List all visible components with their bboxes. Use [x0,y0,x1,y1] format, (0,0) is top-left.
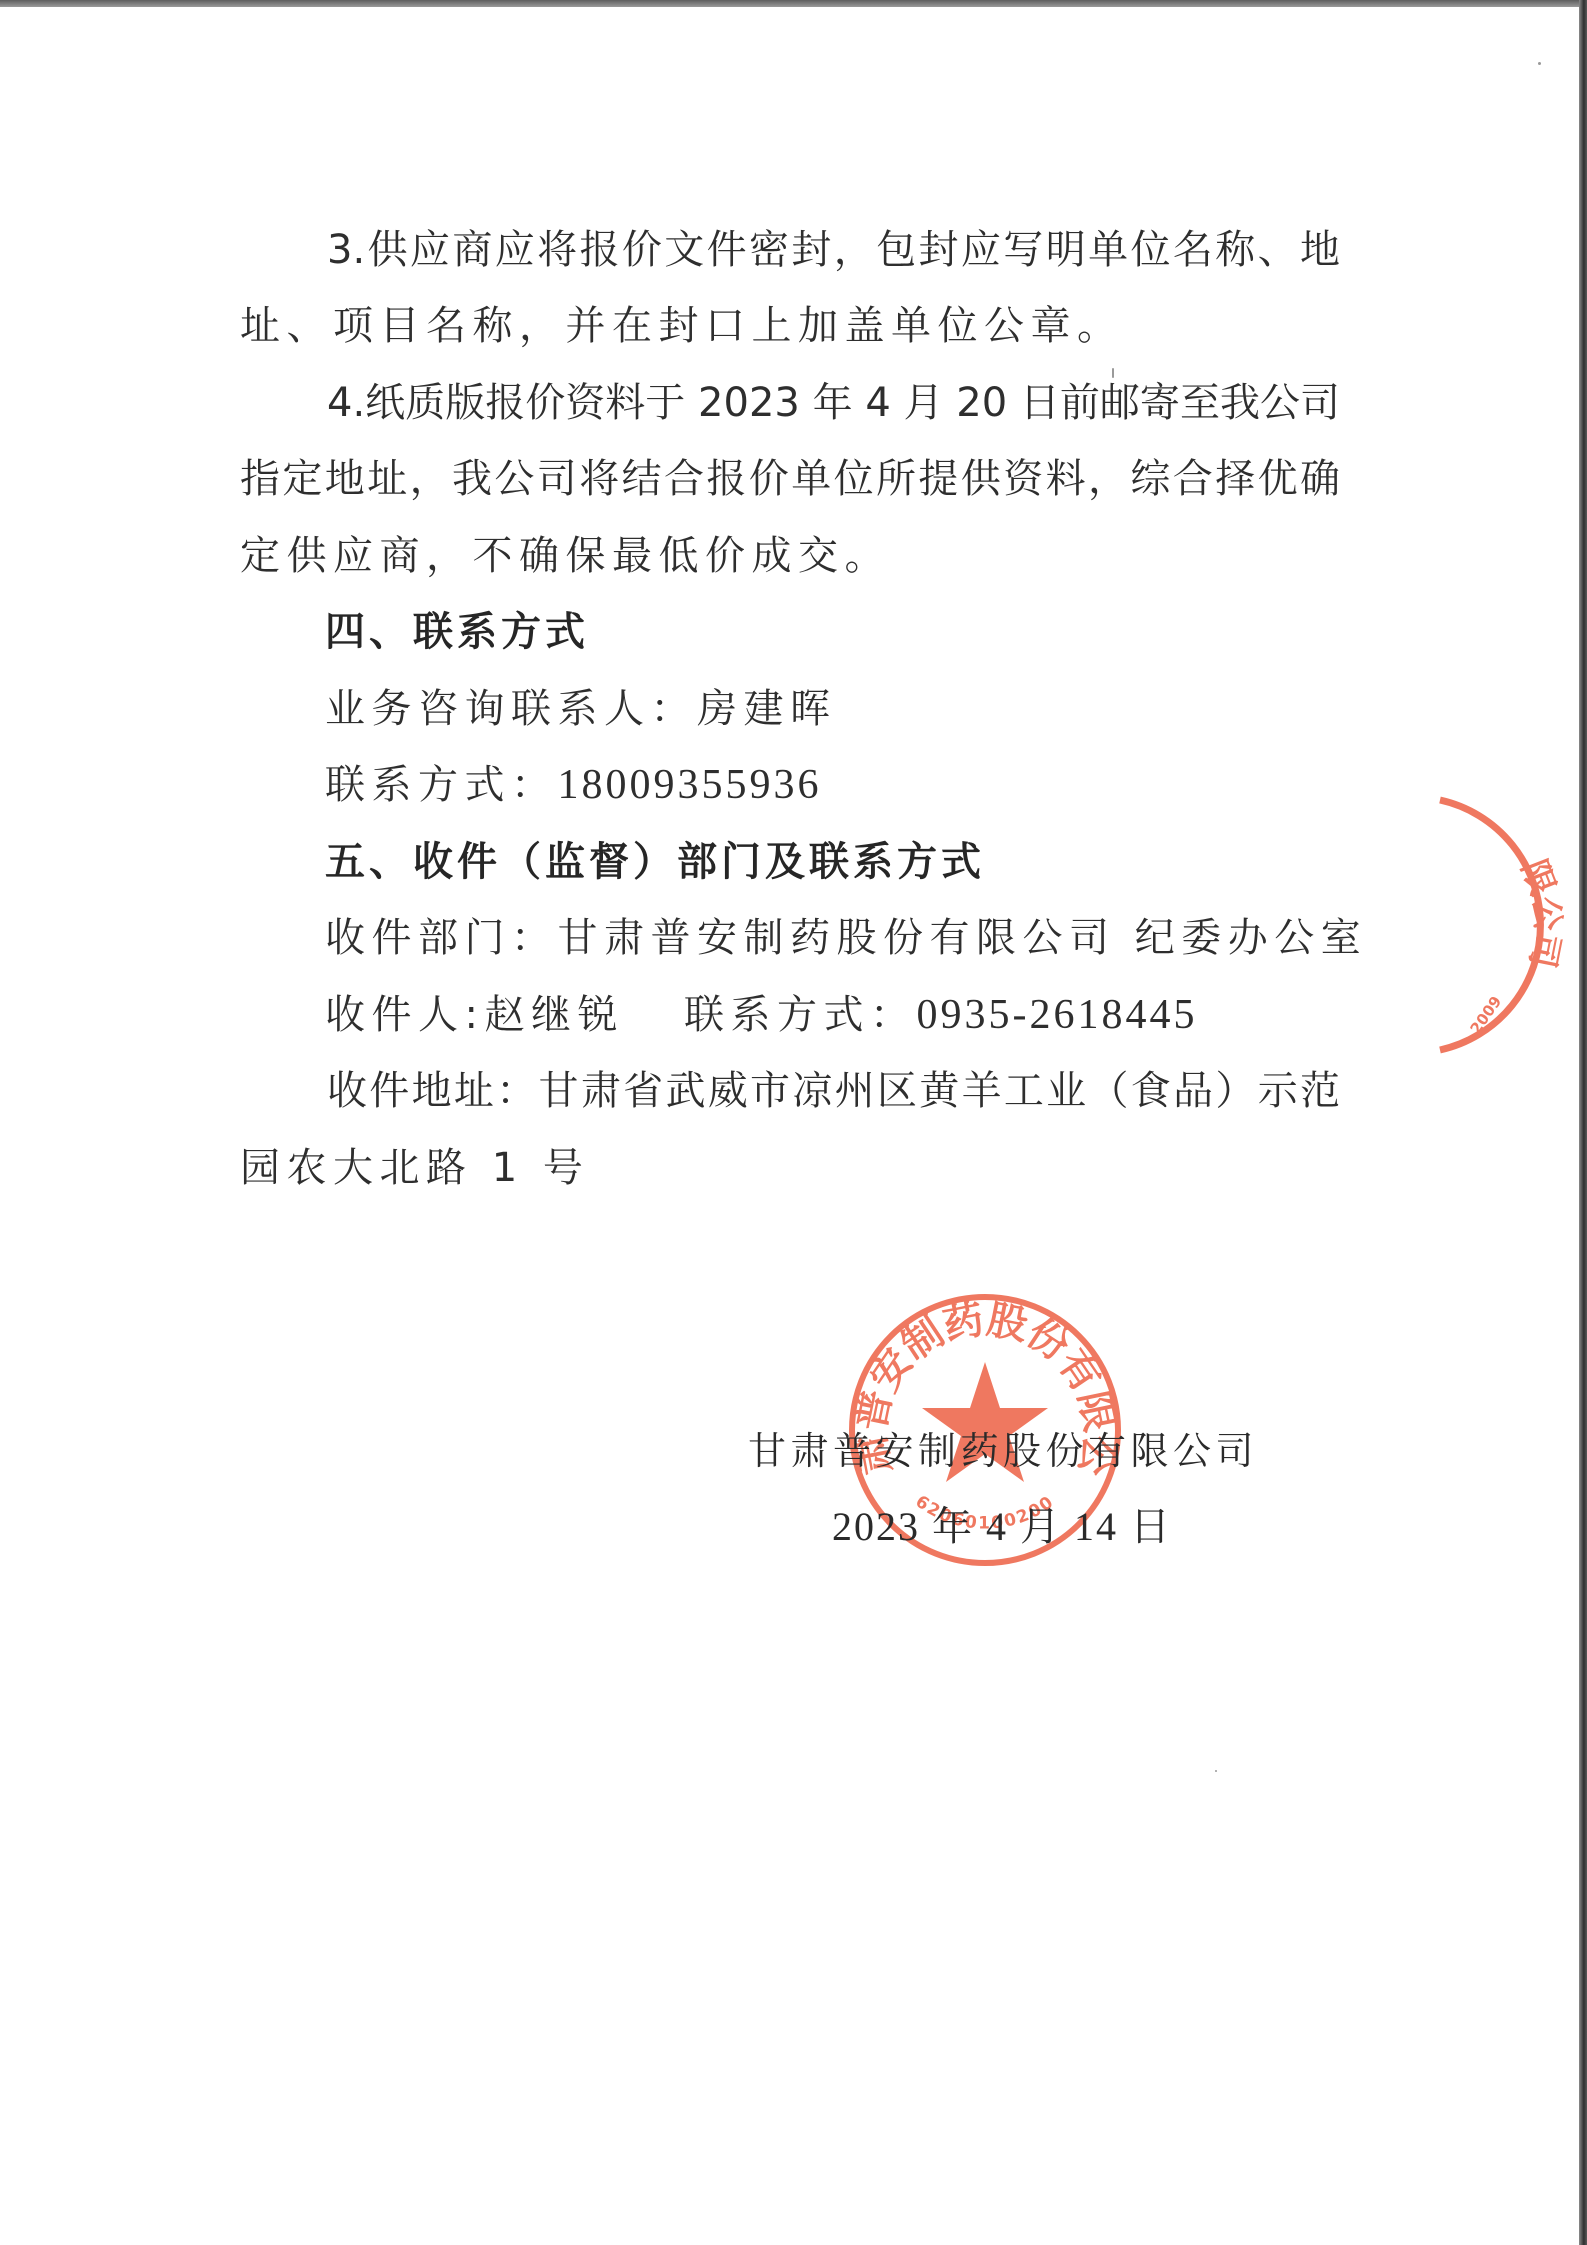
scan-border-right [1579,0,1587,2245]
consultant-phone-line: 联系方式：18009355936 [325,761,1435,809]
department-label: 收件部门： [325,915,558,961]
scan-speck [1538,62,1541,65]
signature-date: 2023 年 4 月 14 日 [832,1504,1172,1550]
address-text-1: 甘肃省武威市凉州区黄羊工业（食品）示范 [539,1068,1340,1114]
department-line: 收件部门：甘肃普安制药股份有限公司 纪委办公室 [325,914,1435,962]
scan-speck [1112,368,1114,378]
department-name: 甘肃普安制药股份有限公司 纪委办公室 [558,915,1368,961]
section-four-heading: 四、联系方式 [325,608,1435,656]
paragraph-4-line-2: 指定地址，我公司将结合报价单位所提供资料，综合择优确 [240,455,1340,503]
recipient-phone-label: 联系方式： [684,992,917,1038]
edge-seal-text: 限公司 [1513,855,1568,972]
paragraph-4-line-3: 定供应商，不确保最低价成交。 [240,532,1350,580]
scan-speck [1215,1770,1217,1772]
address-line-2: 园农大北路 1 号 [240,1144,1350,1192]
edge-seal: 限公司 2009 [1420,780,1580,1070]
phone-number: 18009355936 [558,762,822,808]
paragraph-3-line-1: 3.供应商应将报价文件密封，包封应写明单位名称、地 [327,226,1340,274]
consultant-name: 房建晖 [697,686,837,732]
address-line-1: 收件地址：甘肃省武威市凉州区黄羊工业（食品）示范 [327,1067,1340,1115]
signature-company: 甘肃普安制药股份有限公司 [748,1428,1258,1474]
section-five-heading: 五、收件（监督）部门及联系方式 [325,838,1435,886]
recipient-label: 收件人: [325,992,484,1038]
phone-label: 联系方式： [325,762,558,808]
document-page: 3.供应商应将报价文件密封，包封应写明单位名称、地 址、项目名称，并在封口上加盖… [0,0,1579,2245]
recipient-name: 赵继锐 [484,992,624,1038]
consultant-label: 业务咨询联系人： [325,686,697,732]
svg-text:限公司: 限公司 [1513,855,1568,972]
consultant-contact-line: 业务咨询联系人：房建晖 [325,685,1435,733]
paragraph-4-line-1: 4.纸质版报价资料于 2023 年 4 月 20 日前邮寄至我公司 [327,379,1340,427]
recipient-phone: 0935-2618445 [916,992,1197,1038]
address-label: 收件地址： [327,1068,539,1114]
paragraph-3-line-2: 址、项目名称，并在封口上加盖单位公章。 [240,302,1350,350]
recipient-line: 收件人:赵继锐联系方式：0935-2618445 [325,991,1435,1039]
